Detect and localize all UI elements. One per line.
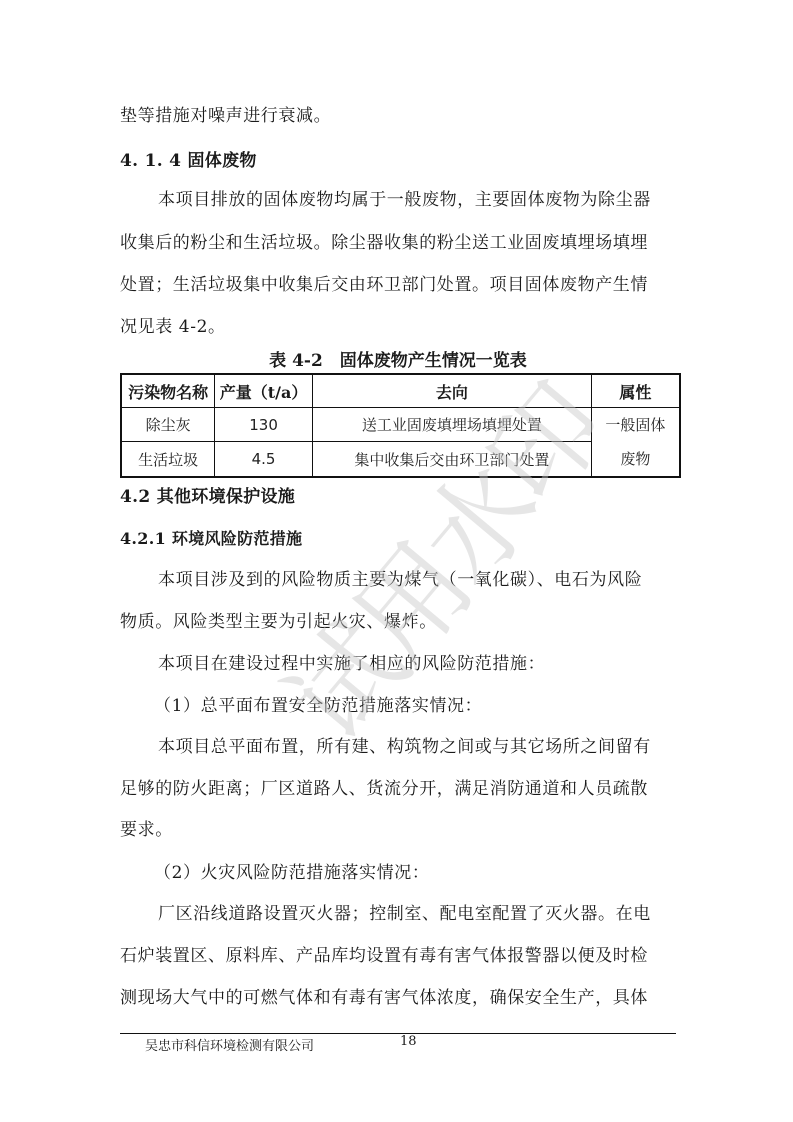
paragraph-line: 处置；生活垃圾集中收集后交由环卫部门处置。项目固体废物产生情 [120, 275, 676, 295]
footer-company-name: 吴忠市科信环境检测有限公司 [145, 1035, 314, 1054]
footer-divider [120, 1033, 676, 1034]
table-row: 除尘灰 130 送工业固废填埋场填埋处置 一般固体 废物 [121, 408, 680, 442]
column-header: 属性 [591, 374, 680, 408]
column-header: 污染物名称 [121, 374, 215, 408]
paragraph-line: 本项目总平面布置，所有建、构筑物之间或与其它场所之间留有 [158, 737, 714, 757]
paragraph-line: 本项目在建设过程中实施了相应的风险防范措施： [158, 654, 714, 674]
paragraph-line: 要求。 [120, 820, 676, 840]
cell-amount: 130 [215, 408, 313, 442]
paragraph-line: 本项目涉及到的风险物质主要为煤气（一氧化碳）、电石为风险 [158, 570, 714, 590]
cell-destination: 送工业固废填埋场填埋处置 [312, 408, 591, 442]
page-number: 18 [400, 1034, 417, 1049]
cell-pollutant-name: 生活垃圾 [121, 442, 215, 477]
paragraph-line: 物质。风险类型主要为引起火灾、爆炸。 [120, 612, 676, 632]
paragraph-line: 垫等措施对噪声进行衰减。 [120, 106, 676, 126]
list-item-1: （1）总平面布置安全防范措施落实情况： [154, 696, 710, 716]
section-heading-4-1-4: 4. 1. 4 固体废物 [120, 151, 676, 171]
paragraph-line: 况见表 4-2。 [120, 317, 676, 337]
table-caption: 表 4-2 固体废物产生情况一览表 [120, 351, 676, 371]
paragraph-line: 足够的防火距离；厂区道路人、货流分开，满足消防通道和人员疏散 [120, 779, 676, 799]
column-header: 产量（t/a） [215, 374, 313, 408]
document-page: 垫等措施对噪声进行衰减。 4. 1. 4 固体废物 本项目排放的固体废物均属于一… [0, 0, 793, 1122]
cell-pollutant-name: 除尘灰 [121, 408, 215, 442]
paragraph-line: 本项目排放的固体废物均属于一般废物，主要固体废物为除尘器 [158, 190, 714, 210]
cell-destination: 集中收集后交由环卫部门处置 [312, 442, 591, 477]
attribute-line: 废物 [592, 442, 679, 476]
paragraph-line: 石炉装置区、原料库、产品库均设置有毒有害气体报警器以便及时检 [120, 946, 676, 966]
paragraph-line: 测现场大气中的可燃气体和有毒有害气体浓度，确保安全生产，具体 [120, 988, 676, 1008]
cell-amount: 4.5 [215, 442, 313, 477]
attribute-line: 一般固体 [592, 408, 679, 442]
solid-waste-table: 污染物名称 产量（t/a） 去向 属性 除尘灰 130 送工业固废填埋场填埋处置… [120, 373, 681, 478]
paragraph-line: 收集后的粉尘和生活垃圾。除尘器收集的粉尘送工业固废填埋场填埋 [120, 233, 676, 253]
section-heading-4-2-1: 4.2.1 环境风险防范措施 [120, 529, 676, 549]
column-header: 去向 [312, 374, 591, 408]
table-header-row: 污染物名称 产量（t/a） 去向 属性 [121, 374, 680, 408]
paragraph-line: 厂区沿线道路设置灭火器；控制室、配电室配置了灭火器。在电 [158, 904, 714, 924]
section-heading-4-2: 4.2 其他环境保护设施 [120, 487, 676, 507]
list-item-2: （2）火灾风险防范措施落实情况： [154, 863, 710, 883]
cell-attribute: 一般固体 废物 [591, 408, 680, 478]
